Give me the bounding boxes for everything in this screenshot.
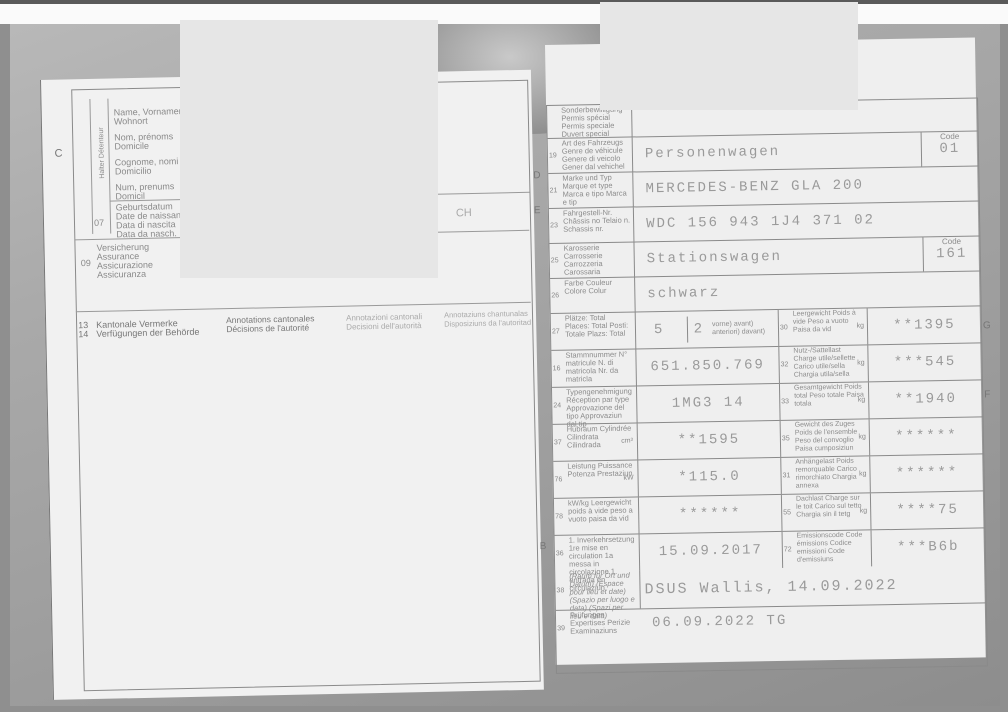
total-seats-value: 5: [636, 312, 687, 349]
holder-field-1: Name, Vornamen Wohnort: [114, 107, 184, 126]
annotations-it: Annotazioni cantonali Decisioni dell'aut…: [346, 312, 422, 332]
field-label: Prüfungen Expertises Perizie Examinaziun…: [556, 609, 640, 636]
front-seats-label: vorne) avant) anteriori) davant): [708, 319, 778, 338]
holder-vertical-label: Halter Détenteur: [97, 127, 107, 179]
holder-field-2: Nom, prénoms Domicile: [114, 132, 173, 151]
right-value: ******: [870, 454, 984, 492]
field-label: Gesamtgewicht Poids total Peso totale Pa…: [780, 382, 868, 410]
row-inspections: 39Prüfungen Expertises Perizie Examinazi…: [556, 603, 987, 672]
unit-label: kg: [856, 322, 864, 329]
birthdate-field-no: 07: [94, 219, 104, 228]
field-label: Art des Fahrzeugs Genre de véhicule Gene…: [548, 138, 633, 173]
side-letter-f: F: [984, 389, 990, 400]
field-label: Marke und Typ Marque et type Marca e tip…: [548, 172, 633, 207]
vehicle-data-table: Sonderbewilligung Permis spécial Permis …: [546, 97, 988, 673]
color-value: schwarz: [635, 271, 981, 311]
field-label: Nutz-/Sattellast Charge utile/sellette C…: [779, 345, 868, 381]
right-value: ****75: [871, 491, 985, 529]
make-type-value: MERCEDES-BENZ GLA 200: [633, 166, 979, 206]
insurance-field-no: 09: [81, 259, 91, 268]
body-code: 161: [924, 245, 980, 262]
unit-label: kg: [859, 470, 867, 477]
holder-field-3: Cognome, nomi Domicilio: [115, 157, 179, 176]
left-value: ******: [639, 495, 782, 533]
unit-label: cm³: [621, 438, 633, 445]
side-letter-b: B: [540, 541, 547, 552]
side-letter-d: D: [533, 170, 540, 181]
left-value: **1595: [638, 421, 781, 459]
insurance-field: Versicherung Assurance Assicurazione Ass…: [96, 243, 153, 280]
left-value: 1MG3 14: [637, 384, 780, 422]
right-value: ***545: [868, 343, 982, 381]
unit-label: kg: [857, 359, 865, 366]
field-label: Anhängelast Poids remorquable Carico rim…: [781, 456, 870, 492]
right-value: **1395: [868, 306, 982, 344]
vehicle-kind-value: Personenwagen: [633, 132, 922, 171]
right-value: ******: [870, 417, 984, 455]
field-label: Karosserie Carrosserie Carrozzeria Caros…: [549, 242, 634, 277]
field-label: Gewicht des Zuges Poids de l'ensemble Pe…: [781, 419, 870, 455]
unit-label: kg: [860, 507, 868, 514]
field-label: Fahrgestell-Nr. Châssis no Telaio n. Sch…: [549, 207, 633, 234]
field-label: kW/kg Leergewicht poids à vide peso a vu…: [554, 497, 638, 524]
unit-label: kg: [858, 433, 866, 440]
side-letter-e: E: [534, 205, 541, 216]
field-label: Plätze: Total Places: Total Posti: Total…: [551, 312, 635, 339]
vehicle-kind-code: 01: [922, 140, 978, 157]
section-c-letter: C: [54, 150, 62, 159]
annotations-number: 13 14: [78, 321, 88, 339]
inspections-value: 06.09.2022 TG: [640, 603, 986, 631]
right-value: **1940: [869, 380, 983, 418]
annotations-fr: Annotations cantonales Décisions de l'au…: [226, 314, 315, 334]
unit-label: kW: [623, 475, 633, 482]
annotations-rm: Annotaziuns chantunalas Disposiziuns da …: [444, 309, 531, 329]
side-letter-g: G: [983, 320, 991, 331]
right-page: D E B G F Sonderbewilligung Permis spéci…: [545, 37, 986, 664]
place-date-value: DSUS Wallis, 14.09.2022: [640, 564, 986, 608]
right-value: ***B6b: [872, 528, 986, 566]
front-seats-value: 2: [686, 317, 708, 343]
chassis-number-value: WDC 156 943 1J4 371 02: [634, 201, 980, 241]
left-value: 15.09.2017: [640, 532, 783, 570]
left-value: 651.850.769: [636, 347, 779, 385]
field-label: Emissionscode Code émissions Codice emis…: [783, 530, 872, 566]
annotations-de: Kantonale Vermerke Verfügungen der Behör…: [96, 319, 199, 339]
field-label: Leergewicht Poids à vide Peso a vuoto Pa…: [779, 308, 867, 336]
redacted-header-info: [600, 2, 858, 110]
field-label: Stammnummer N° matricule N. di matricola…: [551, 349, 636, 384]
body-value: Stationswagen: [634, 237, 923, 276]
unit-label: kg: [858, 396, 866, 403]
field-label: Farbe Couleur Colore Colur: [550, 277, 634, 296]
nationality-value: CH: [456, 209, 472, 218]
field-label: Dachlast Charge sur le toit Carico sul t…: [782, 493, 870, 521]
redacted-owner-info: [180, 20, 438, 278]
left-value: *115.0: [638, 458, 781, 496]
